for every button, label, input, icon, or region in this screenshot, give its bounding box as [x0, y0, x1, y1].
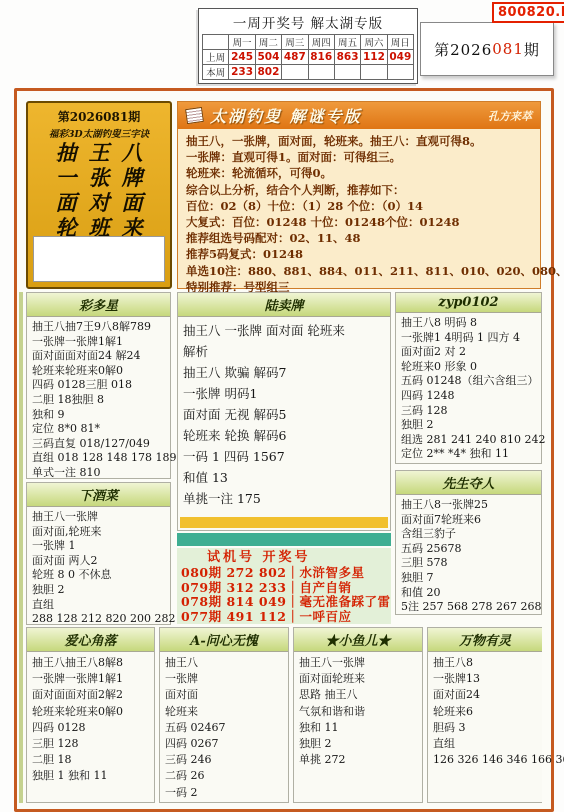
table-row: 周一 周二 周三 周四 周五 周六 周日: [203, 35, 414, 50]
text-line: 独胆 2: [401, 418, 536, 433]
text-line: 轮班来轮班来0解0: [32, 364, 165, 379]
text-line: 三码直复 018/127/049: [32, 437, 165, 452]
text-line: 077期 491 112｜一呼百应: [181, 610, 387, 625]
section-body: 抽王八8一张牌25面对面7轮班来6含组三豹子五码 25678三胆 578独胆 7…: [396, 495, 541, 618]
text-line: 一张牌一张牌1解1: [32, 335, 165, 350]
day-header: 周日: [387, 35, 413, 50]
text-line: 综合以上分析，结合个人判断，推荐如下：: [186, 182, 532, 198]
text-line: 抽王八抽王八8解8: [32, 655, 149, 671]
section-body: 抽王八8 明码 8一张牌1 4明码 1 四方 4面对面2 对 2轮班来0 形象 …: [396, 313, 541, 465]
section-xiansheng: 先生夺人 抽王八8一张牌25面对面7轮班来6含组三豹子五码 25678三胆 57…: [395, 470, 542, 615]
table-row: 本周 233 802: [203, 65, 414, 80]
issue-prefix: 第2026: [434, 39, 492, 60]
text-line: 面对面 两人2: [32, 554, 165, 569]
day-header: 周三: [282, 35, 308, 50]
text-line: 二码 26: [165, 768, 283, 784]
text-line: 080期 272 802｜水浒智多星: [181, 566, 387, 581]
text-line: 面对面7轮班来6: [401, 513, 536, 528]
gold-decor-stripe: [180, 517, 388, 528]
poem-line: 一张牌: [28, 165, 170, 190]
text-line: 轮班来6: [433, 704, 537, 720]
section-body: 抽王八一张牌面对面,轮班来一张牌 1面对面 两人2轮班 8 0 不休息独胆 2直…: [27, 507, 170, 630]
section-xiajiucai: 下酒菜 抽王八一张牌面对面,轮班来一张牌 1面对面 两人2轮班 8 0 不休息独…: [26, 482, 171, 625]
section-body: 抽王八抽7王9八8解789一张牌一张牌1解1面对面面对面24 解24轮班来轮班来…: [27, 317, 170, 484]
issue-highlight: 081: [492, 40, 524, 58]
text-line: 面对面轮班来: [299, 671, 417, 687]
text-line: 四码 0128: [32, 720, 149, 736]
text-line: 五码 01248（组六含组三）: [401, 374, 536, 389]
text-line: 轮班来轮班来0解0: [32, 704, 149, 720]
corner-cell: [203, 35, 229, 50]
text-line: 抽王八 一张牌 面对面 轮班来: [183, 320, 385, 341]
weekly-numbers-box: 一周开奖号 解太湖专版 周一 周二 周三 周四 周五 周六 周日 上周 245 …: [198, 8, 418, 84]
text-line: 轮班 8 0 不休息: [32, 568, 165, 583]
text-line: 五码 02467: [165, 720, 283, 736]
draw-number: 802: [255, 65, 281, 80]
text-line: 一张牌 明码1: [183, 383, 385, 404]
draw-number: 816: [308, 50, 334, 65]
text-line: 面对面: [165, 687, 283, 703]
text-line: 三码 246: [165, 752, 283, 768]
text-line: 抽王八: [165, 655, 283, 671]
text-line: 抽王八一张牌: [299, 655, 417, 671]
weekly-numbers-title: 一周开奖号 解太湖专版: [202, 11, 414, 34]
analysis-panel-body: 抽王八，一张牌，面对面，轮班来。抽王八：直观可得8。一张牌：直观可得1。面对面：…: [178, 129, 540, 299]
text-line: 一张牌一张牌1解1: [32, 671, 149, 687]
poem-box: 第2026081期 福彩3D太湖钓叟三字诀 抽王八 一张牌 面对面 轮班来: [26, 101, 172, 289]
text-line: 直组: [32, 598, 165, 613]
section-title: 爱心角落: [27, 628, 154, 652]
section-title: 先生夺人: [396, 471, 541, 495]
note-icon: [185, 107, 204, 124]
draw-number: 487: [282, 50, 308, 65]
section-title: ★小鱼儿★: [294, 628, 422, 652]
section-body: 080期 272 802｜水浒智多星079期 312 233｜自产自销078期 …: [181, 566, 387, 624]
text-line: 百位：02（8）十位：（1）28 个位：（0）14: [186, 198, 532, 214]
poem-line: 面对面: [28, 190, 170, 215]
text-line: 轮班来：轮流循环，可得0。: [186, 165, 532, 181]
text-line: 直组 018 128 148 178 189: [32, 451, 165, 466]
table-row: 上周 245 504 487 816 863 112 049: [203, 50, 414, 65]
poem-issue: 第2026081期: [28, 108, 170, 125]
text-line: 推荐5码复式：01248: [186, 246, 532, 262]
text-line: 组选 281 241 240 810 242: [401, 433, 536, 448]
text-line: 面对面2 对 2: [401, 345, 536, 360]
text-line: 抽王八抽7王9八8解789: [32, 320, 165, 335]
analysis-panel: 太湖钓叟 解谜专版 孔方来萃 抽王八，一张牌，面对面，轮班来。抽王八：直观可得8…: [177, 101, 541, 289]
analysis-panel-author: 孔方来萃: [488, 108, 532, 124]
text-line: 抽王八，一张牌，面对面，轮班来。抽王八：直观可得8。: [186, 133, 532, 149]
text-line: 一码 2: [165, 785, 283, 801]
draw-number: 863: [334, 50, 360, 65]
text-line: 抽王八8一张牌25: [401, 498, 536, 513]
draw-number: [361, 65, 387, 80]
section-title: A-问心无愧: [160, 628, 288, 652]
section-test-draw-numbers: 试机号 开奖号 080期 272 802｜水浒智多星079期 312 233｜自…: [177, 548, 391, 624]
weekly-numbers-table: 周一 周二 周三 周四 周五 周六 周日 上周 245 504 487 816 …: [202, 34, 414, 80]
text-line: 面对面,轮班来: [32, 525, 165, 540]
text-line: 二胆 18: [32, 752, 149, 768]
section-title: 彩多星: [27, 293, 170, 317]
text-line: 面对面面对面2解2: [32, 687, 149, 703]
text-line: 定位 2** *4* 独和 11: [401, 447, 536, 462]
text-line: 独胆 7: [401, 571, 536, 586]
section-caiduoxing: 彩多星 抽王八抽7王9八8解789一张牌一张牌1解1面对面面对面24 解24轮班…: [26, 292, 171, 479]
draw-number: [308, 65, 334, 80]
text-line: 288 128 212 820 200 282: [32, 612, 165, 627]
text-line: 抽王八一张牌: [32, 510, 165, 525]
text-line: 078期 814 049｜毫无准备踩了雷: [181, 595, 387, 610]
text-line: 抽王八 欺骗 解码7: [183, 362, 385, 383]
text-line: 独胆 2: [32, 583, 165, 598]
text-line: 三胆 128: [32, 736, 149, 752]
poem-line: 抽王八: [28, 140, 170, 165]
text-line: 独胆 1 独和 11: [32, 768, 149, 784]
text-line: 轮班来0 形象 0: [401, 360, 536, 375]
text-line: 单选10注：880、881、884、011、211、811、010、020、08…: [186, 263, 532, 279]
section-title: 陆卖牌: [178, 293, 390, 317]
site-url-badge: 800820.NET: [492, 2, 564, 23]
draw-number: [334, 65, 360, 80]
section-xiaoyuer: ★小鱼儿★ 抽王八一张牌面对面轮班来思路 抽王八气氛和谐和谐独和 11独胆 2单…: [293, 627, 423, 803]
row-label: 上周: [203, 50, 229, 65]
text-line: 一张牌: [165, 671, 283, 687]
draw-number: [387, 65, 413, 80]
section-title: 万物有灵: [428, 628, 542, 652]
text-line: 面对面面对面24 解24: [32, 349, 165, 364]
section-title: zyp0102: [396, 293, 541, 313]
text-line: 一码 1 四码 1567: [183, 446, 385, 467]
text-line: 5注 257 568 278 267 268: [401, 600, 536, 615]
draw-number: 233: [229, 65, 255, 80]
left-decor-strip: [19, 292, 23, 803]
text-line: 独和 11: [299, 720, 417, 736]
analysis-panel-header: 太湖钓叟 解谜专版 孔方来萃: [178, 102, 540, 129]
text-line: 四码 0267: [165, 736, 283, 752]
text-line: 抽王八8 明码 8: [401, 316, 536, 331]
text-line: 四码 1248: [401, 389, 536, 404]
text-line: 单挑 272: [299, 752, 417, 768]
text-line: 三码 128: [401, 404, 536, 419]
draw-number: [282, 65, 308, 80]
text-line: 四码 0128三胆 018: [32, 378, 165, 393]
text-line: 解析: [183, 341, 385, 362]
poem-blank-area: [33, 236, 165, 282]
text-line: 胆码 3: [433, 720, 537, 736]
text-line: 和值 20: [401, 586, 536, 601]
day-header: 周五: [334, 35, 360, 50]
text-line: 三胆 578: [401, 556, 536, 571]
text-line: 一张牌1 4明码 1 四方 4: [401, 331, 536, 346]
day-header: 周二: [255, 35, 281, 50]
text-line: 一张牌：直观可得1。面对面：可得组三。: [186, 149, 532, 165]
section-title: 试机号 开奖号: [181, 549, 387, 566]
text-line: 二胆 18独胆 8: [32, 393, 165, 408]
section-body: 抽王八抽王八8解8一张牌一张牌1解1面对面面对面2解2轮班来轮班来0解0四码 0…: [27, 652, 154, 788]
text-line: 气氛和谐和谐: [299, 704, 417, 720]
text-line: 五码 25678: [401, 542, 536, 557]
text-line: 单挑一注 175: [183, 488, 385, 509]
section-body: 抽王八一张牌面对面轮班来五码 02467四码 0267三码 246二码 26一码…: [160, 652, 288, 804]
text-line: 定位 8*0 81*: [32, 422, 165, 437]
text-line: 推荐组选号码配对：02、11、48: [186, 230, 532, 246]
text-line: 抽王八8: [433, 655, 537, 671]
row-label: 本周: [203, 65, 229, 80]
day-header: 周一: [229, 35, 255, 50]
section-body: 抽王八8一张牌13面对面24轮班来6胆码 3直组126 326 146 346 …: [428, 652, 542, 771]
text-line: 单式一注 810: [32, 466, 165, 481]
section-body: 抽王八一张牌面对面轮班来思路 抽王八气氛和谐和谐独和 11独胆 2单挑 272: [294, 652, 422, 771]
draw-number: 049: [387, 50, 413, 65]
main-content-box: 第2026081期 福彩3D太湖钓叟三字诀 抽王八 一张牌 面对面 轮班来 太湖…: [14, 88, 554, 812]
text-line: 一张牌13: [433, 671, 537, 687]
issue-suffix: 期: [524, 39, 540, 60]
section-body: 抽王八 一张牌 面对面 轮班来解析抽王八 欺骗 解码7一张牌 明码1面对面 无视…: [178, 317, 390, 512]
day-header: 周六: [361, 35, 387, 50]
text-line: 直组: [433, 736, 537, 752]
draw-number: 112: [361, 50, 387, 65]
text-line: 一张牌 1: [32, 539, 165, 554]
section-title: 下酒菜: [27, 483, 170, 507]
text-line: 轮班来 轮换 解码6: [183, 425, 385, 446]
draw-number: 245: [229, 50, 255, 65]
section-lumaipai: 陆卖牌 抽王八 一张牌 面对面 轮班来解析抽王八 欺骗 解码7一张牌 明码1面对…: [177, 292, 391, 531]
text-line: 思路 抽王八: [299, 687, 417, 703]
text-line: 大复式：百位：01248 十位：01248个位：01248: [186, 214, 532, 230]
section-wanwu: 万物有灵 抽王八8一张牌13面对面24轮班来6胆码 3直组126 326 146…: [427, 627, 542, 803]
text-line: 079期 312 233｜自产自销: [181, 581, 387, 596]
text-line: 含组三豹子: [401, 527, 536, 542]
section-wenxin: A-问心无愧 抽王八一张牌面对面轮班来五码 02467四码 0267三码 246…: [159, 627, 289, 803]
text-line: 独胆 2: [299, 736, 417, 752]
day-header: 周四: [308, 35, 334, 50]
text-line: 面对面 无视 解码5: [183, 404, 385, 425]
issue-number-box: 第2026081期: [420, 22, 554, 76]
text-line: 独和 9: [32, 408, 165, 423]
analysis-panel-title: 太湖钓叟 解谜专版: [210, 104, 362, 127]
text-line: 和值 13: [183, 467, 385, 488]
text-line: 轮班来: [165, 704, 283, 720]
text-line: 126 326 146 346 166 366: [433, 752, 537, 768]
section-aixin: 爱心角落 抽王八抽王八8解8一张牌一张牌1解1面对面面对面2解2轮班来轮班来0解…: [26, 627, 155, 803]
teal-divider-band: [177, 533, 391, 546]
poem-subtitle: 福彩3D太湖钓叟三字诀: [28, 126, 170, 140]
section-zyp0102: zyp0102 抽王八8 明码 8一张牌1 4明码 1 四方 4面对面2 对 2…: [395, 292, 542, 464]
text-line: 面对面24: [433, 687, 537, 703]
draw-number: 504: [255, 50, 281, 65]
